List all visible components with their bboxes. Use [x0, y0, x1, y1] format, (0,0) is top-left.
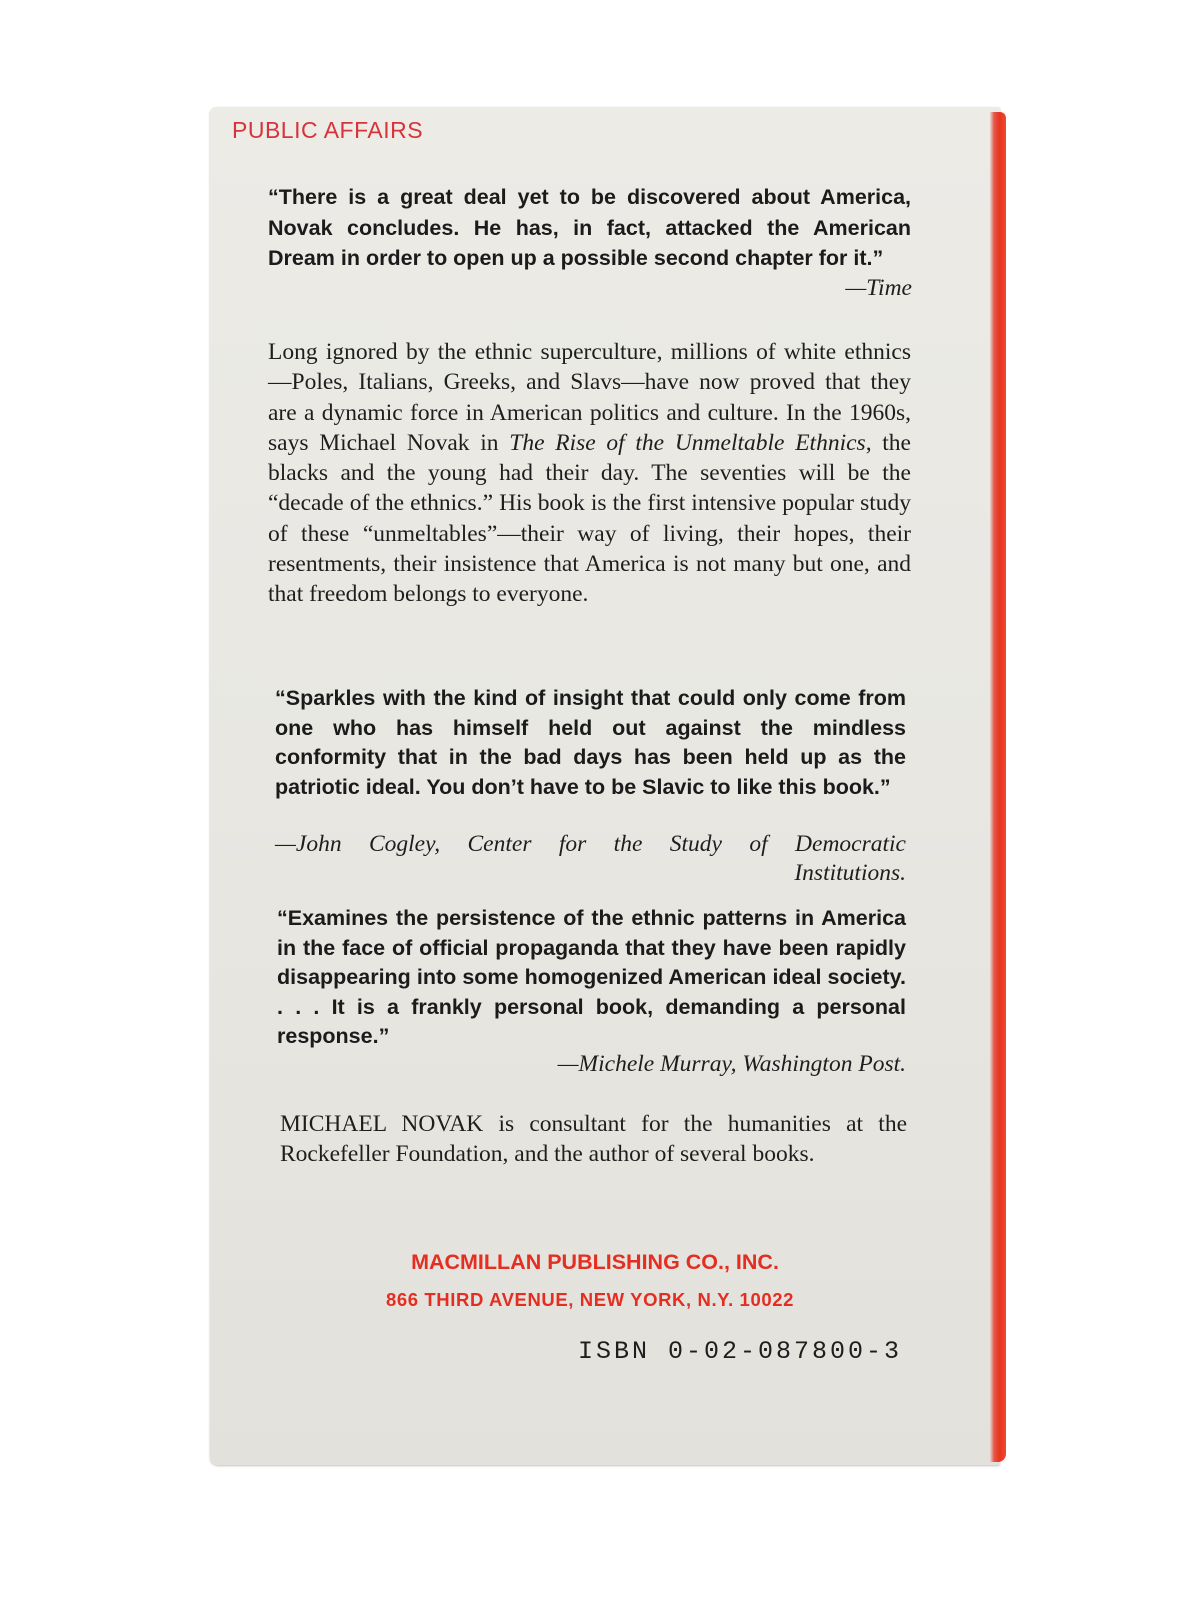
- description-part2: , the blacks and the young had their day…: [268, 430, 911, 607]
- book-description: Long ignored by the ethnic superculture,…: [268, 337, 911, 610]
- quote-time-attribution: —Time: [700, 274, 912, 303]
- quote-cogley: “Sparkles with the kind of insight that …: [275, 684, 906, 802]
- quote-time: “There is a great deal yet to be discove…: [268, 182, 911, 274]
- quote-murray: “Examines the persistence of the ethnic …: [277, 904, 906, 1052]
- book-spine-edge: [990, 112, 1006, 1462]
- quote-cogley-attribution-line1: —John Cogley, Center for the Study of De…: [275, 830, 906, 859]
- book-title: The Rise of the Unmeltable Ethnics: [509, 430, 865, 456]
- category-label: PUBLIC AFFAIRS: [232, 117, 423, 144]
- quote-cogley-attribution-line2: Institutions.: [600, 859, 906, 888]
- quote-murray-attribution: —Michele Murray, Washington Post.: [450, 1050, 906, 1079]
- author-bio: MICHAEL NOVAK is consultant for the huma…: [280, 1109, 907, 1170]
- publisher-address: 866 THIRD AVENUE, NEW YORK, N.Y. 10022: [320, 1289, 860, 1311]
- publisher-name: MACMILLAN PUBLISHING CO., INC.: [340, 1250, 850, 1275]
- isbn: ISBN 0-02-087800-3: [578, 1337, 902, 1366]
